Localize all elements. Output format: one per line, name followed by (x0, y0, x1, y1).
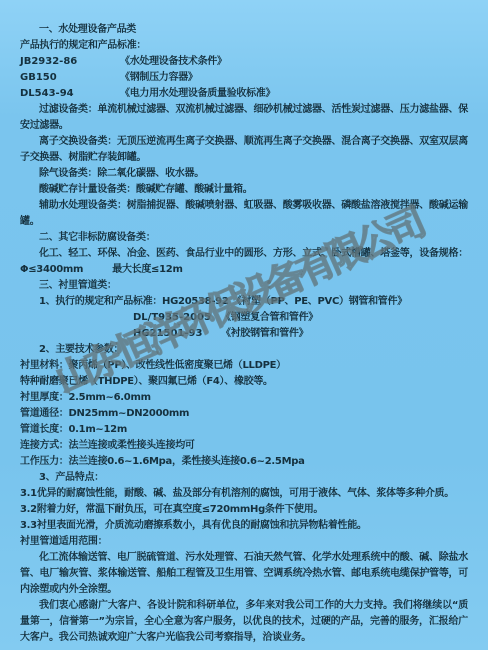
document-line-18: 衬里材料：聚丙烯（PP）、改性线性低密度聚已烯（LLDPE） (20, 358, 468, 374)
document-line-23: 连接方式：法兰连接或柔性接头连接均可 (20, 438, 468, 454)
document-line-2: 产品执行的规定和产品标准： (20, 38, 468, 54)
standard-code: GB150 (20, 70, 120, 86)
standard-title: 《钢制压力容器》 (120, 72, 198, 83)
document-line-25: 3、产品特点： (20, 470, 468, 486)
standard-title: 《水处理设备技术条件》 (120, 56, 227, 67)
document-line-6: 过滤设备类：单流机械过滤器、双流机械过滤器、细砂机械过滤器、活性炭过滤器、压力滤… (20, 102, 468, 134)
document-line-4: GB150《钢制压力容器》 (20, 70, 468, 86)
document-line-16: HG21501-93《衬胶钢管和管件》 (20, 326, 468, 342)
document-line-7: 离子交换设备类：无顶压逆流再生离子交换器、顺流再生离子交换器、混合离子交换器、双… (20, 134, 468, 166)
document-line-24: 工作压力：法兰连接0.6~1.6Mpa，柔性接头连接0.6~2.5Mpa (20, 454, 468, 470)
document-line-3: JB2932-86《水处理设备技术条件》 (20, 54, 468, 70)
document-line-12: 化工、轻工、环保、冶金、医药、食品行业中的圆形、方形、立式、卧式槽罐、塔釜等，设… (20, 246, 468, 278)
document-body: 一、水处理设备产品类产品执行的规定和产品标准：JB2932-86《水处理设备技术… (0, 0, 488, 646)
document-line-30: 化工流体输送管、电厂脱硫管道、污水处理管、石油天然气管、化学水处理系统中的酸、碱… (20, 550, 468, 598)
document-line-29: 衬里管道适用范围： (20, 534, 468, 550)
document-line-9: 酸碱贮存计量设备类：酸碱贮存罐、酸碱计量箱。 (20, 182, 468, 198)
standard-title: 《衬胶钢管和管件》 (221, 328, 308, 339)
document-line-19: 特种耐磨聚已烯（THDPE）、聚四氟已烯（F4）、橡胶等。 (20, 374, 468, 390)
document-line-31: 我们衷心感谢广大客户、各设计院和科研单位，多年来对我公司工作的大力支持。我们将继… (20, 598, 468, 646)
document-line-20: 衬里厚度：2.5mm~6.0mm (20, 390, 468, 406)
document-line-1: 一、水处理设备产品类 (20, 22, 468, 38)
document-line-22: 管道长度：0.1m~12m (20, 422, 468, 438)
document-line-5: DL543-94《电力用水处理设备质量验收标准》 (20, 86, 468, 102)
document-line-26: 3.1优异的耐腐蚀性能，耐酸、碱、盐及部分有机溶剂的腐蚀，可用于液体、气体、浆体… (20, 486, 468, 502)
document-line-13: 三、衬里管道类： (20, 278, 468, 294)
document-line-15: DL/T935-2005《钢塑复合管和管件》 (20, 310, 468, 326)
standard-title: 《钢塑复合管和管件》 (221, 312, 318, 323)
standard-code: JB2932-86 (20, 54, 120, 70)
document-line-10: 辅助水处理设备类：树脂捕捉器、酸碱喷射器、虹吸器、酸雾吸收器、磷酸盐溶液搅拌器、… (20, 198, 468, 230)
document-line-28: 3.3衬里表面光滑，介质流动磨擦系数小，具有优良的耐腐蚀和抗异物粘着性能。 (20, 518, 468, 534)
document-line-17: 2、主要技术参数： (20, 342, 468, 358)
standard-code: HG21501-93 (133, 326, 221, 342)
document-line-27: 3.2附着力好，常温下耐负压，可在真空度≤720mmHg条件下使用。 (20, 502, 468, 518)
document-line-8: 除气设备类：除二氧化碳器、收水器。 (20, 166, 468, 182)
standard-title: 《电力用水处理设备质量验收标准》 (120, 88, 275, 99)
document-line-21: 管道通径：DN25mm~DN2000mm (20, 406, 468, 422)
document-line-14: 1、执行的规定和产品标准：HG20538-92 《衬塑（PP、PE、PVC）钢管… (20, 294, 468, 310)
document-line-11: 二、其它非标防腐设备类： (20, 230, 468, 246)
standard-code: DL/T935-2005 (133, 310, 221, 326)
standard-code: DL543-94 (20, 86, 120, 102)
scanned-document-page: 山东恒洋环保设备有限公司 一、水处理设备产品类产品执行的规定和产品标准：JB29… (0, 0, 488, 650)
